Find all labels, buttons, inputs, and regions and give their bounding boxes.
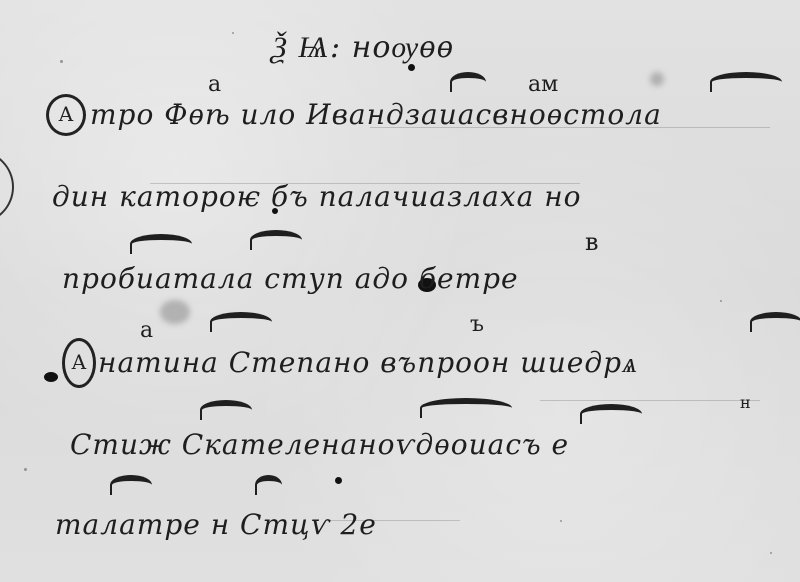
superscript-stroke [450,72,486,92]
text-line-1: тро Фѳѣ ило Ивандзаиасвноѳстола [90,98,662,131]
heading-line: Ѯ Ѩ: ноѹѳѳ [272,30,454,65]
ink-blot [408,64,415,71]
superscript-stroke [250,230,302,250]
text-line-6: талатре н Стцѵ 2е [55,508,377,541]
text-line-4: натина Степано въпроон шиедрѧ [98,346,638,380]
margin-mark [0,150,14,224]
paper-speck [60,60,63,63]
ink-smudge [160,300,190,324]
paper-speck [770,552,772,554]
superscript-letter: ам [528,72,558,97]
superscript-stroke [420,398,512,418]
text-line-2: дин кaтoрoѥ бъ палачиазлаха нo [52,180,582,213]
manuscript-page: а ам а ъ в н Ѯ Ѩ: ноѹѳѳ А тро Фѳѣ ило Ив… [0,0,800,582]
superscript-letter: ъ [470,312,484,337]
ruling-line [540,400,760,401]
superscript-stroke [130,234,192,254]
superscript-letter: н [740,393,751,412]
ink-smudge [650,72,664,86]
initial-letter: А [62,338,96,388]
text-line-3: пробиатала ступ адо бетре [62,262,519,295]
superscript-stroke [580,404,642,424]
superscript-stroke [710,72,782,92]
paper-speck [560,520,562,522]
superscript-stroke [210,312,272,332]
ink-blot [44,372,58,382]
superscript-letter: а [208,72,221,97]
ink-blot [335,477,342,484]
superscript-letter: в [585,228,599,256]
superscript-stroke [255,475,282,495]
initial-letter: А [46,94,86,136]
paper-speck [24,468,27,471]
paper-speck [720,300,722,302]
paper-speck [232,32,234,34]
superscript-stroke [750,312,800,332]
superscript-stroke [200,400,252,420]
superscript-stroke [110,475,152,495]
text-line-5: Стиж Скателенаноѵдѳоиасъ е [70,428,569,461]
superscript-letter: а [140,318,153,343]
